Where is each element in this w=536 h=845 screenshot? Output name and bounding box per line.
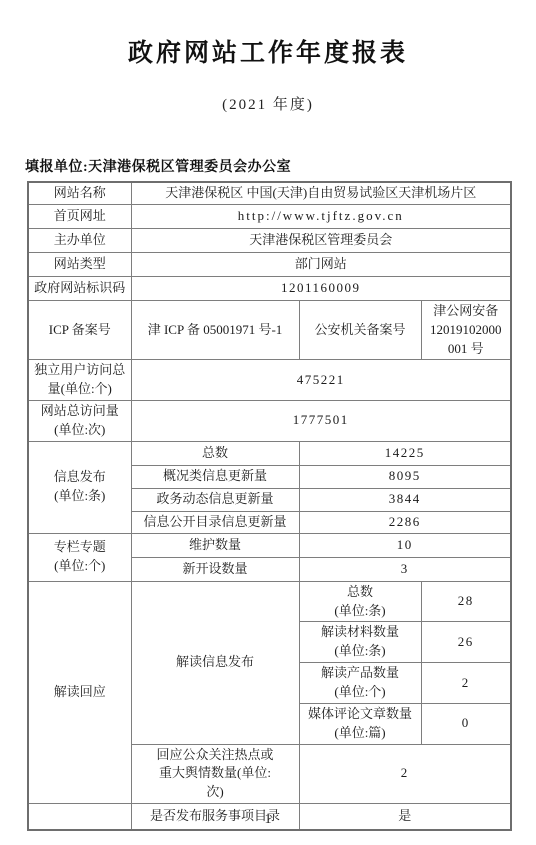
- home-url-value: http://www.tjftz.gov.cn: [131, 204, 511, 228]
- special-columns-item-label: 新开设数量: [131, 557, 299, 581]
- info-publish-item-value: 3844: [299, 488, 511, 511]
- sponsor-value: 天津港保税区管理委员会: [131, 228, 511, 252]
- hotspot-response-value: 2: [299, 744, 511, 804]
- info-publish-item-value: 2286: [299, 511, 511, 533]
- info-publish-item-label: 政务动态信息更新量: [131, 488, 299, 511]
- site-code-value: 1201160009: [131, 276, 511, 300]
- row-site-type: 网站类型 部门网站: [28, 252, 511, 276]
- site-type-value: 部门网站: [131, 252, 511, 276]
- home-url-label: 首页网址: [28, 204, 131, 228]
- icp-label: ICP 备案号: [28, 300, 131, 360]
- info-publish-item-label: 总数: [131, 441, 299, 465]
- row-sponsor: 主办单位 天津港保税区管理委员会: [28, 228, 511, 252]
- interpretation-item-label: 解读产品数量 (单位:个): [299, 663, 421, 704]
- site-name-value: 天津港保税区 中国(天津)自由贸易试验区天津机场片区: [131, 182, 511, 204]
- row-site-code: 政府网站标识码 1201160009: [28, 276, 511, 300]
- row-icp: ICP 备案号 津 ICP 备 05001971 号-1 公安机关备案号 津公网…: [28, 300, 511, 360]
- unique-visitors-label: 独立用户访问总 量(单位:个): [28, 360, 131, 401]
- interpretation-publish-label: 解读信息发布: [131, 581, 299, 744]
- report-year: (2021 年度): [0, 93, 536, 114]
- row-home-url: 首页网址 http://www.tjftz.gov.cn: [28, 204, 511, 228]
- info-publish-item-value: 14225: [299, 441, 511, 465]
- info-publish-item-value: 8095: [299, 465, 511, 488]
- interpretation-item-value: 0: [421, 703, 511, 744]
- row-info-publish-total: 信息发布 (单位:条) 总数 14225: [28, 441, 511, 465]
- total-visits-label: 网站总访问量 (单位:次): [28, 401, 131, 442]
- total-visits-value: 1777501: [131, 401, 511, 442]
- row-interpretation-total: 解读回应 解读信息发布 总数 (单位:条) 28: [28, 581, 511, 622]
- icp-value: 津 ICP 备 05001971 号-1: [131, 300, 299, 360]
- page-number: 1: [0, 812, 536, 828]
- report-page: 政府网站工作年度报表 (2021 年度) 填报单位:天津港保税区管理委员会办公室…: [0, 0, 536, 845]
- site-code-label: 政府网站标识码: [28, 276, 131, 300]
- info-publish-section-label: 信息发布 (单位:条): [28, 441, 131, 533]
- info-publish-item-label: 概况类信息更新量: [131, 465, 299, 488]
- police-record-value: 津公网安备 12019102000 001 号: [421, 300, 511, 360]
- interpretation-item-value: 26: [421, 622, 511, 663]
- hotspot-response-label: 回应公众关注热点或 重大舆情数量(单位: 次): [131, 744, 299, 804]
- police-record-label: 公安机关备案号: [299, 300, 421, 360]
- site-type-label: 网站类型: [28, 252, 131, 276]
- interpretation-section-label: 解读回应: [28, 581, 131, 803]
- report-unit: 填报单位:天津港保税区管理委员会办公室: [25, 156, 536, 176]
- special-columns-item-value: 10: [299, 533, 511, 557]
- sponsor-label: 主办单位: [28, 228, 131, 252]
- interpretation-item-label: 解读材料数量 (单位:条): [299, 622, 421, 663]
- unique-visitors-value: 475221: [131, 360, 511, 401]
- row-special-columns-maintained: 专栏专题 (单位:个) 维护数量 10: [28, 533, 511, 557]
- interpretation-item-value: 2: [421, 663, 511, 704]
- row-total-visits: 网站总访问量 (单位:次) 1777501: [28, 401, 511, 442]
- row-unique-visitors: 独立用户访问总 量(单位:个) 475221: [28, 360, 511, 401]
- interpretation-item-value: 28: [421, 581, 511, 622]
- annual-report-table: 网站名称 天津港保税区 中国(天津)自由贸易试验区天津机场片区 首页网址 htt…: [27, 181, 512, 831]
- interpretation-item-label: 总数 (单位:条): [299, 581, 421, 622]
- page-title: 政府网站工作年度报表: [0, 0, 536, 69]
- interpretation-item-label: 媒体评论文章数量 (单位:篇): [299, 703, 421, 744]
- site-name-label: 网站名称: [28, 182, 131, 204]
- special-columns-section-label: 专栏专题 (单位:个): [28, 533, 131, 581]
- special-columns-item-label: 维护数量: [131, 533, 299, 557]
- info-publish-item-label: 信息公开目录信息更新量: [131, 511, 299, 533]
- special-columns-item-value: 3: [299, 557, 511, 581]
- row-site-name: 网站名称 天津港保税区 中国(天津)自由贸易试验区天津机场片区: [28, 182, 511, 204]
